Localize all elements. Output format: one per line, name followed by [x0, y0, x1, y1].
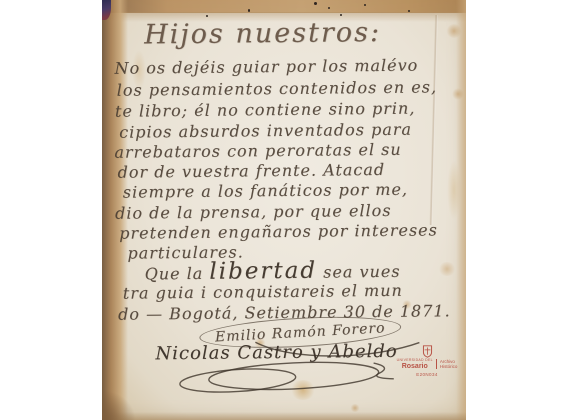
signature-rubric-flourish — [166, 355, 416, 402]
body-line: te libro; él no contiene sino prin, — [115, 99, 416, 121]
body-line: dio de la prensa, por que ellos — [115, 201, 392, 223]
watermark-university: UNIVERSIDAD DEL Rosario — [397, 359, 433, 370]
body-line: los pensamientos contenidos en es, — [117, 77, 437, 99]
watermark-university-name: Rosario — [402, 363, 428, 370]
closing-line-2: tra guia i conquistareis el mun — [123, 281, 403, 303]
watermark-code: E20N034 — [390, 372, 464, 377]
closing-pre: Que la — [145, 264, 210, 284]
manuscript-page-photo: Hijos nuestros: No os dejéis guiar por l… — [102, 0, 466, 420]
body-line: cipios absurdos inventados para — [119, 120, 412, 142]
body-line: pretenden engañaros por intereses — [119, 220, 438, 242]
body-line: arrebataros con peroratas el su — [114, 140, 401, 162]
archive-watermark: UNIVERSIDAD DEL Rosario Archivo Históric… — [390, 345, 464, 377]
watermark-text-row: UNIVERSIDAD DEL Rosario Archivo Históric… — [390, 359, 464, 370]
watermark-archive-line2: Histórico — [440, 364, 458, 369]
closing-emphasis-word: libertad — [209, 258, 317, 285]
closing-post: sea vues — [317, 262, 401, 282]
body-line: siempre a los fanáticos por me, — [123, 180, 408, 202]
watermark-archive-label: Archivo Histórico — [440, 359, 458, 369]
body-line: No os dejéis guiar por los malévo — [114, 56, 418, 78]
document-title: Hijos nuestros: — [144, 17, 381, 50]
rosario-crest-icon — [421, 345, 434, 358]
body-line: dor de vuestra frente. Atacad — [117, 160, 385, 182]
watermark-divider — [436, 359, 437, 369]
